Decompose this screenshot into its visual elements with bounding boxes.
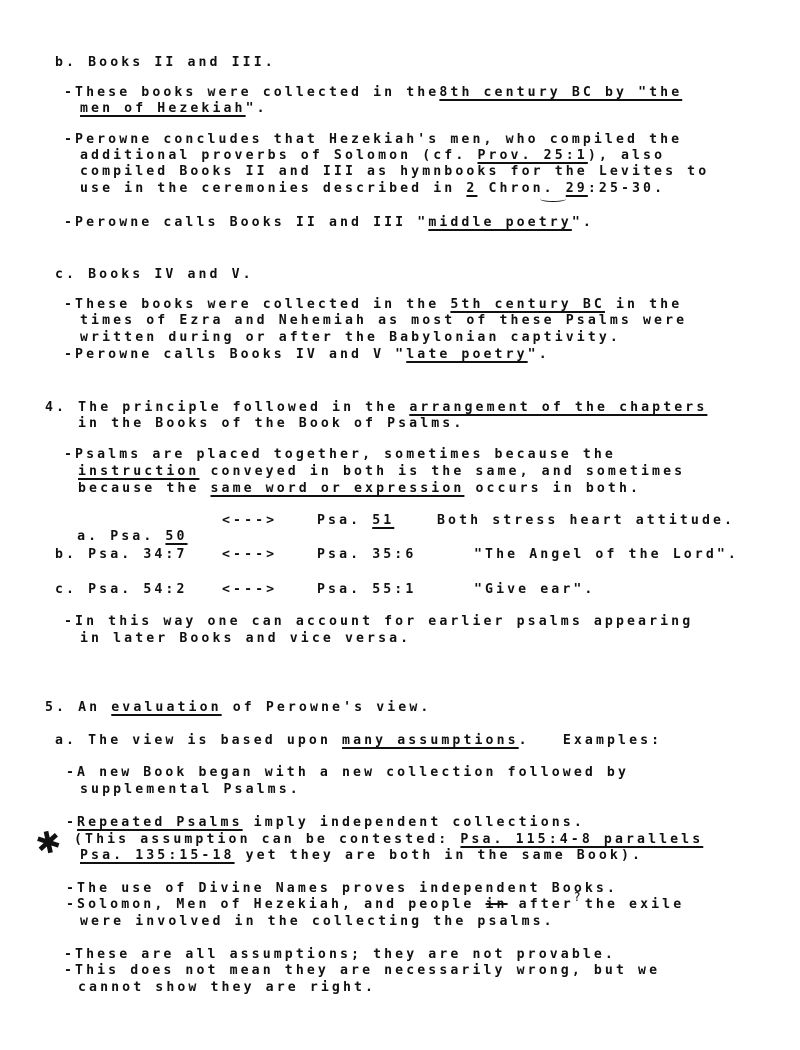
reference-2: 55:1 (372, 582, 416, 597)
text: because the (78, 481, 210, 496)
text: yet they are both in the same Book). (235, 848, 643, 863)
text: Chron. (477, 181, 565, 196)
underlined-text: 8th century BC by "the (439, 85, 682, 100)
conclusion-2-line2: cannot show they are right. (78, 980, 376, 996)
text: occurs in both. (464, 481, 641, 496)
section-c-p2: -Perowne calls Books IV and V "late poet… (64, 347, 550, 363)
text: (This assumption can be contested: (74, 832, 460, 847)
example-a: a. Psa. 50 (55, 513, 188, 545)
example-c-ref2: Psa. 55:1 (317, 582, 416, 598)
section-b-heading: b. Books II and III. (55, 55, 276, 71)
example-label: b. Psa. (55, 547, 143, 562)
underlined-reference: 29 (566, 181, 588, 196)
text: -These books were collected in the (64, 85, 439, 100)
underlined-text: middle poetry (428, 215, 572, 230)
section-b-p1-line2: men of Hezekiah". (80, 101, 268, 117)
underlined-reference: Prov. 25:1 (477, 148, 587, 163)
text: ), also (588, 148, 665, 163)
section-b-p2-line2: additional proverbs of Solomon (cf. Prov… (80, 148, 665, 164)
point-4-p1-line2: instruction conveyed in both is the same… (78, 464, 685, 480)
star-margin-mark-icon: ✱ (33, 824, 65, 863)
text: ". (572, 215, 594, 230)
text: :25-30. (588, 181, 665, 196)
example-label: a. Psa. (77, 529, 165, 544)
point-4-p2-line2: in later Books and vice versa. (80, 631, 411, 647)
section-b-p2-line1: -Perowne concludes that Hezekiah's men, … (64, 132, 682, 148)
underlined-text: Repeated Psalms (77, 815, 243, 830)
text: conveyed in both is the same, and someti… (199, 464, 685, 479)
point-5a: a. The view is based upon many assumptio… (55, 733, 662, 749)
underlined-text: 5th century BC (450, 297, 605, 312)
underlined-text: evaluation (111, 700, 221, 715)
text: Psa. (317, 513, 372, 528)
text: -These books were collected in the (64, 297, 450, 312)
example-a-arrow: <---> (222, 513, 277, 529)
point-4-p1-line1: -Psalms are placed together, sometimes b… (64, 447, 616, 463)
reference-1: 50 (165, 529, 187, 544)
assumption-4-line2: were involved in the collecting the psal… (80, 914, 555, 930)
section-b-p2-line3: compiled Books II and III as hymnbooks f… (80, 164, 709, 180)
example-label: c. Psa. (55, 582, 143, 597)
example-c-note: "Give ear". (474, 582, 595, 598)
assumption-3: -The use of Divine Names proves independ… (66, 881, 618, 897)
point-4-line1: 4. The principle followed in the arrange… (45, 400, 707, 416)
point-4-p1-line3: because the same word or expression occu… (78, 481, 641, 497)
text: of Perowne's view. (222, 700, 432, 715)
text: additional proverbs of Solomon (cf. (80, 148, 477, 163)
underlined-text: late poetry (406, 347, 527, 362)
text: . Examples: (519, 733, 663, 748)
assumption-2-line2: (This assumption can be contested: Psa. … (74, 832, 703, 848)
assumption-1-line1: -A new Book began with a new collection … (66, 765, 629, 781)
example-b: b. Psa. 34:7 (55, 547, 188, 563)
text: -Perowne calls Books II and III " (64, 215, 428, 230)
example-b-arrow: <---> (222, 547, 277, 563)
section-c-p1-line3: written during or after the Babylonian c… (80, 330, 621, 346)
text: ". (246, 101, 268, 116)
point-5-heading: 5. An evaluation of Perowne's view. (45, 700, 431, 716)
reference-1: 54:2 (143, 582, 187, 597)
point-4-p2-line1: -In this way one can account for earlier… (64, 614, 693, 630)
text: a. The view is based upon (55, 733, 342, 748)
example-c: c. Psa. 54:2 (55, 582, 188, 598)
example-c-arrow: <---> (222, 582, 277, 598)
example-b-note: "The Angel of the Lord". (474, 547, 739, 563)
reference-2: 51 (372, 513, 394, 528)
underlined-text: many assumptions (342, 733, 519, 748)
text: - (66, 815, 77, 830)
section-b-p1-line1: -These books were collected in the8th ce… (64, 85, 682, 101)
section-c-heading: c. Books IV and V. (55, 267, 254, 283)
underlined-text: men of Hezekiah (80, 101, 246, 116)
handwritten-insert-mark-icon: ? (574, 890, 580, 904)
assumption-2-line3: Psa. 135:15-18 yet they are both in the … (80, 848, 643, 864)
underlined-text: instruction (78, 464, 199, 479)
text: use in the ceremonies described in (80, 181, 466, 196)
text: -Solomon, Men of Hezekiah, and people (66, 897, 486, 912)
text: ". (528, 347, 550, 362)
text: in the (605, 297, 682, 312)
struck-out-text: in (486, 897, 508, 912)
text: Psa. (317, 547, 372, 562)
text: Psa. (317, 582, 372, 597)
underlined-reference: Psa. 135:15-18 (80, 848, 235, 863)
assumption-4-line1: -Solomon, Men of Hezekiah, and people in… (66, 897, 684, 913)
text: imply independent collections. (243, 815, 585, 830)
underlined-text: arrangement of the chapters (409, 400, 707, 415)
example-a-ref2: Psa. 51 (317, 513, 394, 529)
handwritten-brace-mark (540, 196, 566, 202)
assumption-1-line2: supplemental Psalms. (80, 782, 301, 798)
conclusion-2-line1: -This does not mean they are necessarily… (64, 963, 660, 979)
text: 4. The principle followed in the (45, 400, 409, 415)
section-c-p1-line1: -These books were collected in the 5th c… (64, 297, 682, 313)
text: 5. An (45, 700, 111, 715)
text: after the exile (508, 897, 685, 912)
example-b-ref2: Psa. 35:6 (317, 547, 416, 563)
section-b-p2-line4: use in the ceremonies described in 2 Chr… (80, 181, 665, 197)
reference-1: 34:7 (143, 547, 187, 562)
section-b-p3: -Perowne calls Books II and III "middle … (64, 215, 594, 231)
text: -Perowne calls Books IV and V " (64, 347, 406, 362)
conclusion-1: -These are all assumptions; they are not… (64, 947, 616, 963)
reference-2: 35:6 (372, 547, 416, 562)
underlined-reference: 2 (466, 181, 477, 196)
example-a-note: Both stress heart attitude. (437, 513, 735, 529)
point-4-line2: in the Books of the Book of Psalms. (78, 416, 464, 432)
underlined-reference: Psa. 115:4-8 parallels (460, 832, 703, 847)
underlined-text: same word or expression (210, 481, 464, 496)
section-c-p1-line2: times of Ezra and Nehemiah as most of th… (80, 313, 687, 329)
assumption-2-line1: -Repeated Psalms imply independent colle… (66, 815, 585, 831)
